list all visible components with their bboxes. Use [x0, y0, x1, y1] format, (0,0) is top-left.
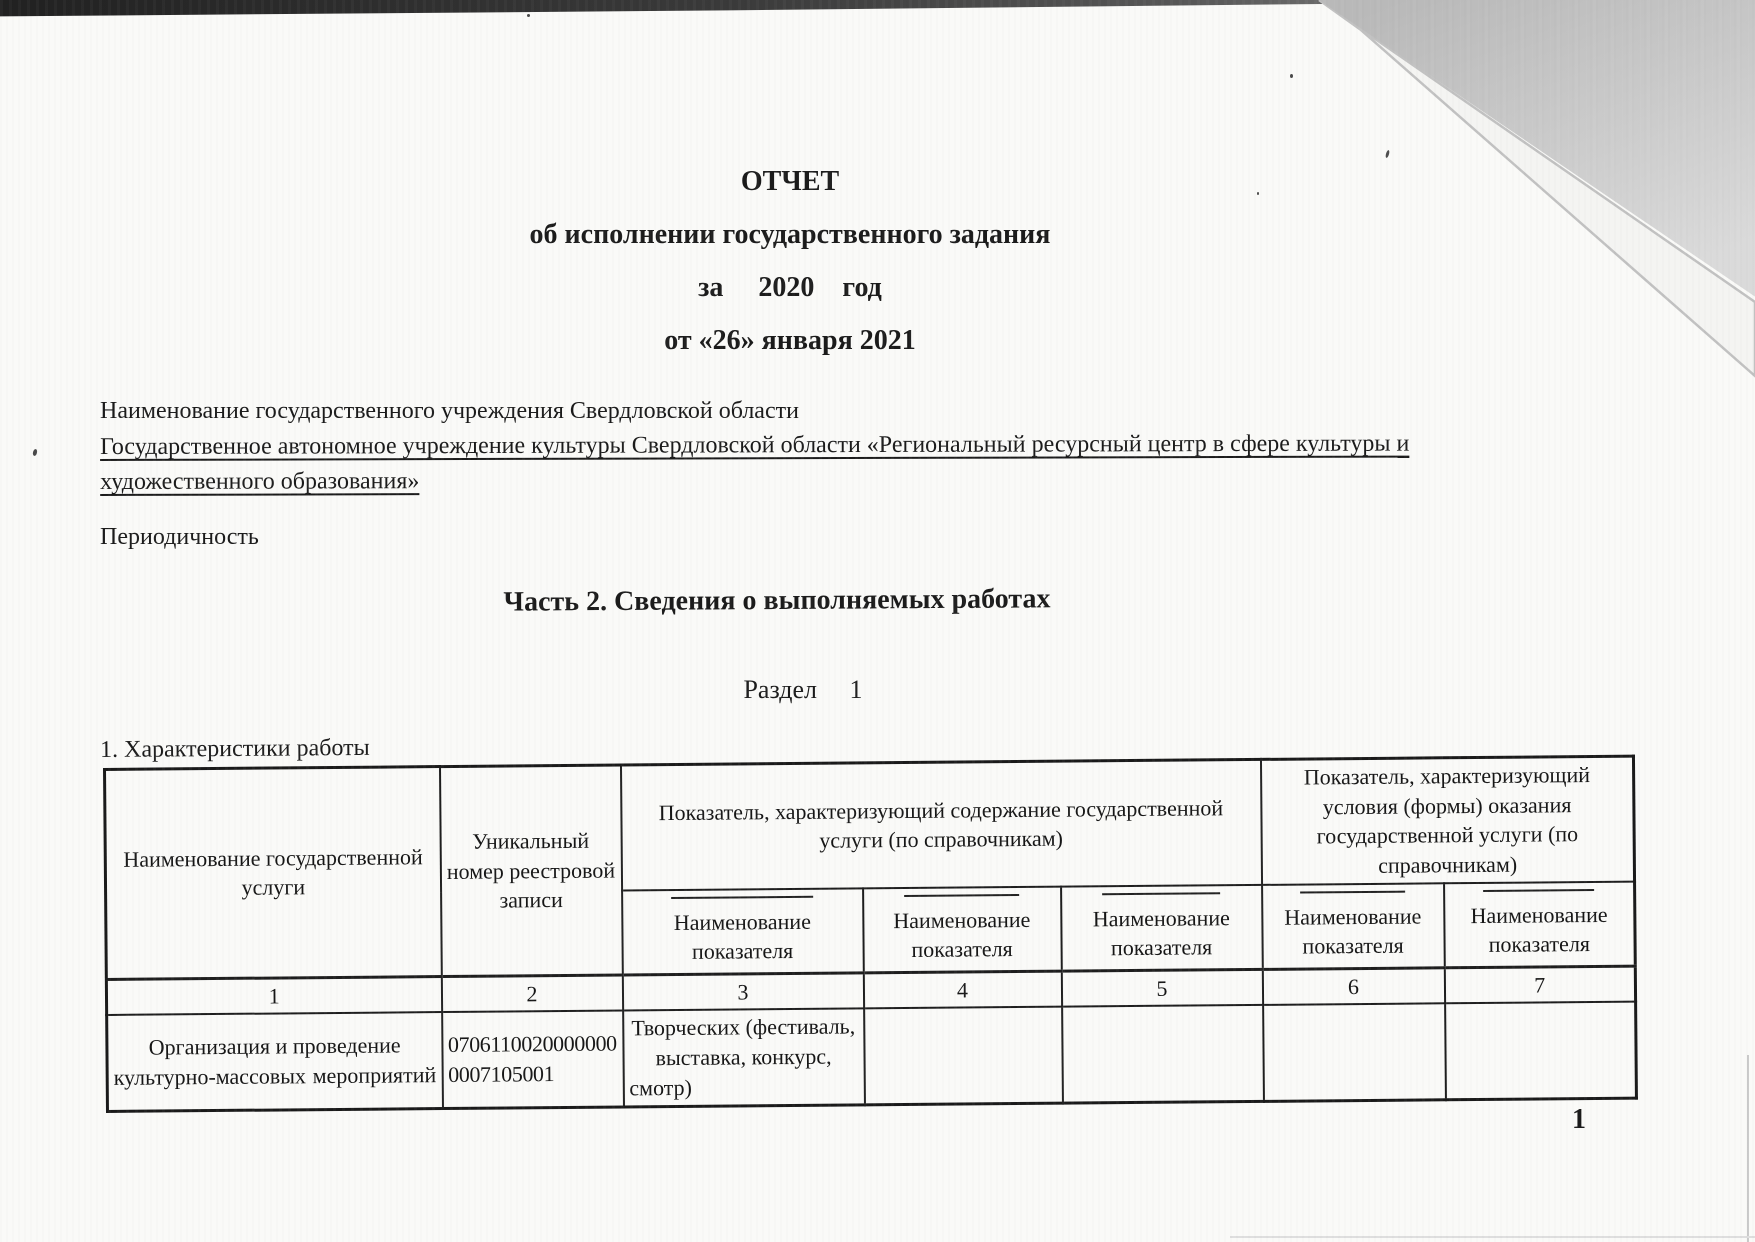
- column-number-4: 4: [863, 971, 1061, 1009]
- title-line-subject: об исполнении государственного задания: [0, 208, 1580, 261]
- column-number-2: 2: [441, 975, 622, 1013]
- cell-empty-4: [864, 1007, 1063, 1104]
- scan-bottom-edge: [1230, 1236, 1755, 1238]
- column-number-5: 5: [1061, 969, 1262, 1007]
- column-number-3: 3: [622, 973, 863, 1011]
- fill-in-line: [1300, 890, 1405, 893]
- section-heading: Раздел 1: [0, 675, 1606, 705]
- column-number-6: 6: [1262, 968, 1444, 1006]
- scan-speck: [527, 14, 530, 17]
- cell-empty-7: [1445, 1002, 1637, 1099]
- part2-heading: Часть 2. Сведения о выполняемых работах: [0, 580, 1554, 621]
- cell-service-name: Организация и проведение культурно-массо…: [107, 1012, 443, 1110]
- scan-speck: [1290, 74, 1293, 78]
- work-characteristics-heading: 1. Характеристики работы: [100, 735, 370, 764]
- cell-registry-number: 0706110020000000 0007105001: [442, 1011, 624, 1108]
- org-name-line1: Государственное автономное учреждение ку…: [100, 427, 1420, 465]
- scan-speck: [32, 449, 38, 457]
- fill-in-line: [1484, 889, 1595, 892]
- header-registry-number: Уникальный номер реестровой записи: [440, 765, 623, 976]
- work-characteristics-table: Наименование государственной услуги Уник…: [103, 755, 1638, 1113]
- fill-in-line: [671, 895, 813, 898]
- periodicity-label: Периодичность: [100, 524, 259, 551]
- title-line-report: ОТЧЕТ: [0, 155, 1580, 208]
- column-number-1: 1: [106, 976, 441, 1015]
- org-name-line2: художественного образования»: [100, 464, 419, 500]
- title-line-year: за 2020 год: [0, 261, 1580, 314]
- header-content-indicators-group: Показатель, характеризующий содержание г…: [620, 759, 1261, 890]
- header-service-name: Наименование государственной услуги: [105, 767, 442, 980]
- subheader-indicator-name-7: Наименование показателя: [1444, 881, 1636, 967]
- page-number: 1: [1572, 1104, 1586, 1136]
- work-characteristics-table-wrap: Наименование государственной услуги Уник…: [103, 755, 1638, 1113]
- subheader-indicator-name-3: Наименование показателя: [622, 888, 864, 975]
- fill-in-line: [1103, 892, 1220, 895]
- subheader-indicator-name-4: Наименование показателя: [863, 886, 1062, 972]
- column-number-7: 7: [1444, 966, 1635, 1004]
- scan-right-edge: [1747, 1055, 1749, 1242]
- scan-top-edge: [0, 0, 1322, 20]
- title-line-date: от «26» января 2021: [0, 314, 1580, 367]
- cell-empty-6: [1263, 1004, 1446, 1101]
- subheader-indicator-name-5: Наименование показателя: [1061, 885, 1263, 971]
- org-name: Государственное автономное учреждение ку…: [100, 427, 1420, 500]
- cell-content-indicator: Творческих (фестиваль, выставка, конкурс…: [623, 1009, 865, 1107]
- scanned-report-page: ОТЧЕТ об исполнении государственного зад…: [0, 0, 1755, 1242]
- subheader-indicator-name-6: Наименование показателя: [1262, 883, 1445, 969]
- document-title-block: ОТЧЕТ об исполнении государственного зад…: [0, 155, 1580, 367]
- header-conditions-indicators-group: Показатель, характеризующий условия (фор…: [1260, 756, 1634, 885]
- org-name-label: Наименование государственного учреждения…: [100, 398, 799, 425]
- cell-empty-5: [1062, 1005, 1264, 1102]
- fill-in-line: [904, 894, 1019, 897]
